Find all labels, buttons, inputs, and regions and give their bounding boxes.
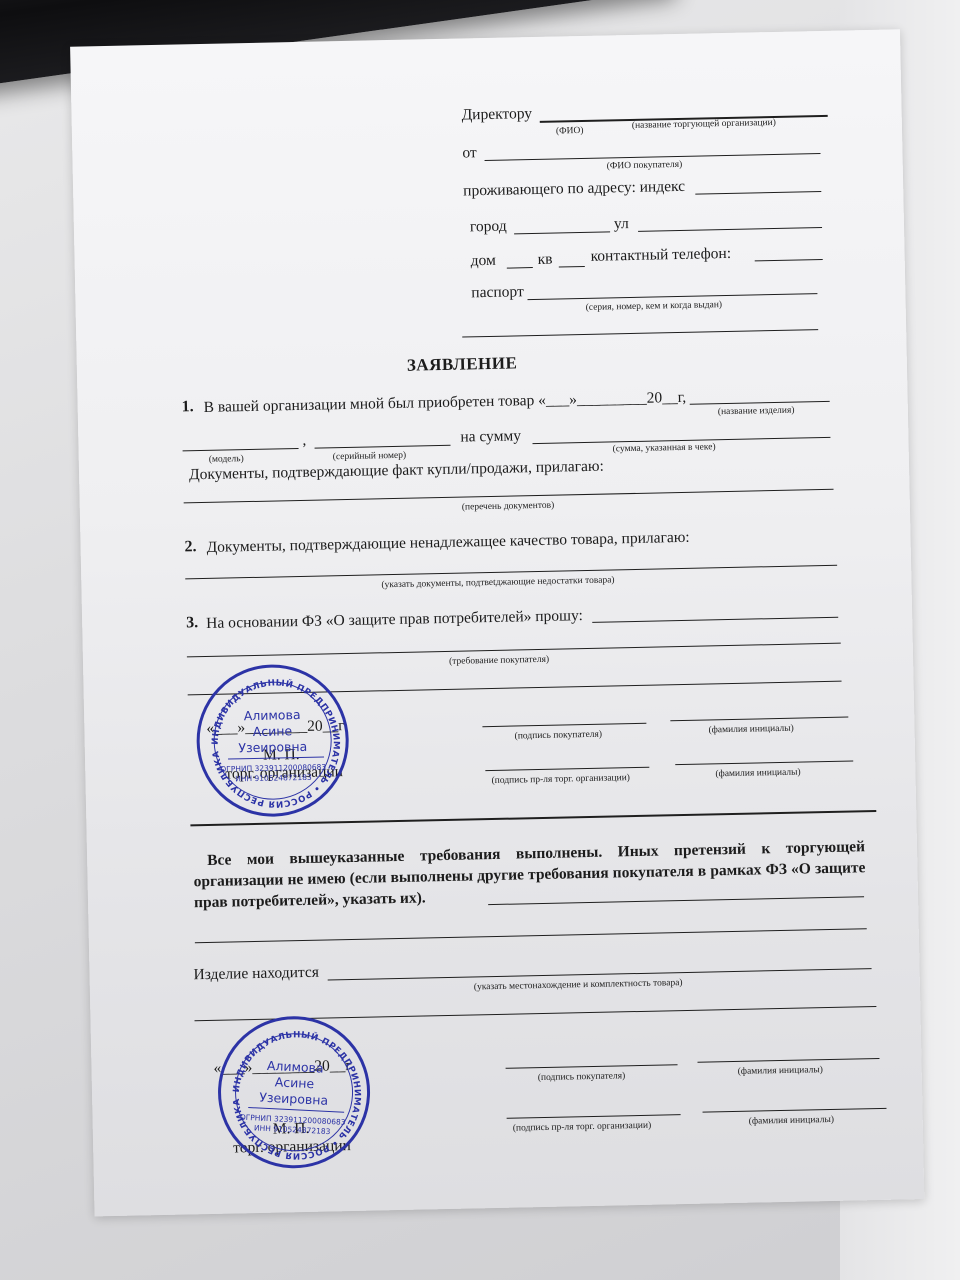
- house-label: дом: [470, 252, 496, 271]
- section-1-text: В вашей организации мной был приобретен …: [203, 389, 686, 417]
- purchase-docs-text: Документы, подтверждающие факт купли/про…: [189, 458, 604, 485]
- stamp-first-name: Асине: [199, 722, 345, 740]
- seller-name-caption-bottom: (фамилия инициалы): [749, 1115, 834, 1127]
- phone-label: контактный телефон:: [590, 245, 731, 266]
- stamp-surname: Алимова: [199, 706, 345, 724]
- item-location-label: Изделие находится: [193, 964, 319, 985]
- seller-sign-field-top[interactable]: [485, 767, 649, 771]
- passport-caption: (серия, номер, кем и когда выдан): [586, 300, 723, 313]
- purchase-docs-caption: (перечень документов): [462, 501, 555, 513]
- item-name-field[interactable]: [690, 401, 830, 405]
- buyer-sign-field-top[interactable]: [482, 723, 646, 727]
- sum-caption: (сумма, указанная в чеке): [613, 442, 716, 454]
- item-location-caption: (указать местонахождение и комплектность…: [474, 978, 683, 992]
- apt-field[interactable]: [559, 266, 585, 268]
- apt-label: кв: [537, 251, 552, 269]
- seller-sign-caption-top: (подпись пр-ля торг. организации): [491, 773, 630, 786]
- request-caption: (требование покупателя): [449, 655, 549, 667]
- street-field[interactable]: [638, 227, 822, 232]
- item-location-field[interactable]: [328, 968, 872, 980]
- section-3-text: На основании ФЗ «О защите прав потребите…: [206, 607, 583, 633]
- serial-caption: (серийный номер): [333, 451, 407, 463]
- comma: ,: [302, 432, 306, 450]
- buyer-sign-caption-top: (подпись покупателя): [515, 730, 603, 742]
- buyer-sign-caption-bottom: (подпись покупателя): [538, 1071, 626, 1083]
- street-label: ул: [614, 215, 629, 233]
- seal-stamp-top: ИНДИВИДУАЛЬНЫЙ ПРЕДПРИНИМАТЕЛЬ • РОССИЯ …: [195, 663, 350, 818]
- city-label: город: [470, 218, 507, 237]
- section-2-text: Документы, подтверждающие ненадлежащее к…: [206, 529, 689, 557]
- buyer-sign-field-bottom[interactable]: [506, 1064, 678, 1069]
- item-name-caption: (название изделия): [718, 406, 795, 418]
- sum-label: на сумму: [460, 427, 521, 446]
- section-2-number: 2.: [184, 538, 196, 556]
- house-field[interactable]: [507, 267, 533, 269]
- seal-stamp-bottom: ИНДИВИДУАЛЬНЫЙ ПРЕДПРИНИМАТЕЛЬ • РОССИЯ …: [214, 1013, 373, 1172]
- from-label: от: [462, 144, 477, 162]
- stamp-patronymic: Узеировна: [200, 738, 346, 756]
- section-1-number: 1.: [181, 398, 193, 416]
- request-field-1[interactable]: [592, 617, 838, 623]
- buyer-name-caption-top: (фамилия инициалы): [708, 724, 793, 736]
- section-3-number: 3.: [186, 614, 198, 632]
- director-caption-fio: (ФИО): [556, 126, 584, 137]
- seller-sign-caption-bottom: (подпись пр-ля торг. организации): [513, 1121, 652, 1134]
- model-field[interactable]: [183, 448, 299, 451]
- director-label: Директору: [461, 105, 532, 124]
- seller-name-field-bottom[interactable]: [703, 1108, 887, 1113]
- from-caption: (ФИО покупателя): [607, 160, 683, 172]
- claim-form-paper: Директору (ФИО) (название торгующей орга…: [70, 29, 924, 1216]
- defect-docs-caption: (указать документы, подтвеtджающие недос…: [381, 575, 614, 590]
- seller-sign-field-bottom[interactable]: [507, 1114, 681, 1119]
- buyer-name-caption-bottom: (фамилия инициалы): [738, 1065, 823, 1077]
- passport-field-2[interactable]: [462, 329, 818, 337]
- model-caption: (модель): [209, 454, 244, 465]
- buyer-name-field-bottom[interactable]: [697, 1058, 879, 1063]
- postcode-field[interactable]: [695, 191, 821, 195]
- other-requirements-field-2[interactable]: [195, 928, 867, 943]
- director-caption-org: (название торгующей организации): [632, 118, 776, 131]
- buyer-name-field-top[interactable]: [670, 717, 848, 722]
- passport-field[interactable]: [527, 293, 817, 300]
- seller-name-caption-top: (фамилия инициалы): [715, 768, 800, 780]
- passport-label: паспорт: [471, 283, 524, 302]
- city-field[interactable]: [514, 231, 610, 234]
- phone-field[interactable]: [755, 259, 823, 261]
- address-label: проживающего по адресу: индекс: [463, 178, 685, 201]
- closing-paragraph: Все мои вышеуказанные требования выполне…: [193, 836, 866, 913]
- seller-name-field-top[interactable]: [675, 760, 853, 765]
- serial-field[interactable]: [315, 445, 451, 449]
- document-title: ЗАЯВЛЕНИЕ: [407, 353, 518, 375]
